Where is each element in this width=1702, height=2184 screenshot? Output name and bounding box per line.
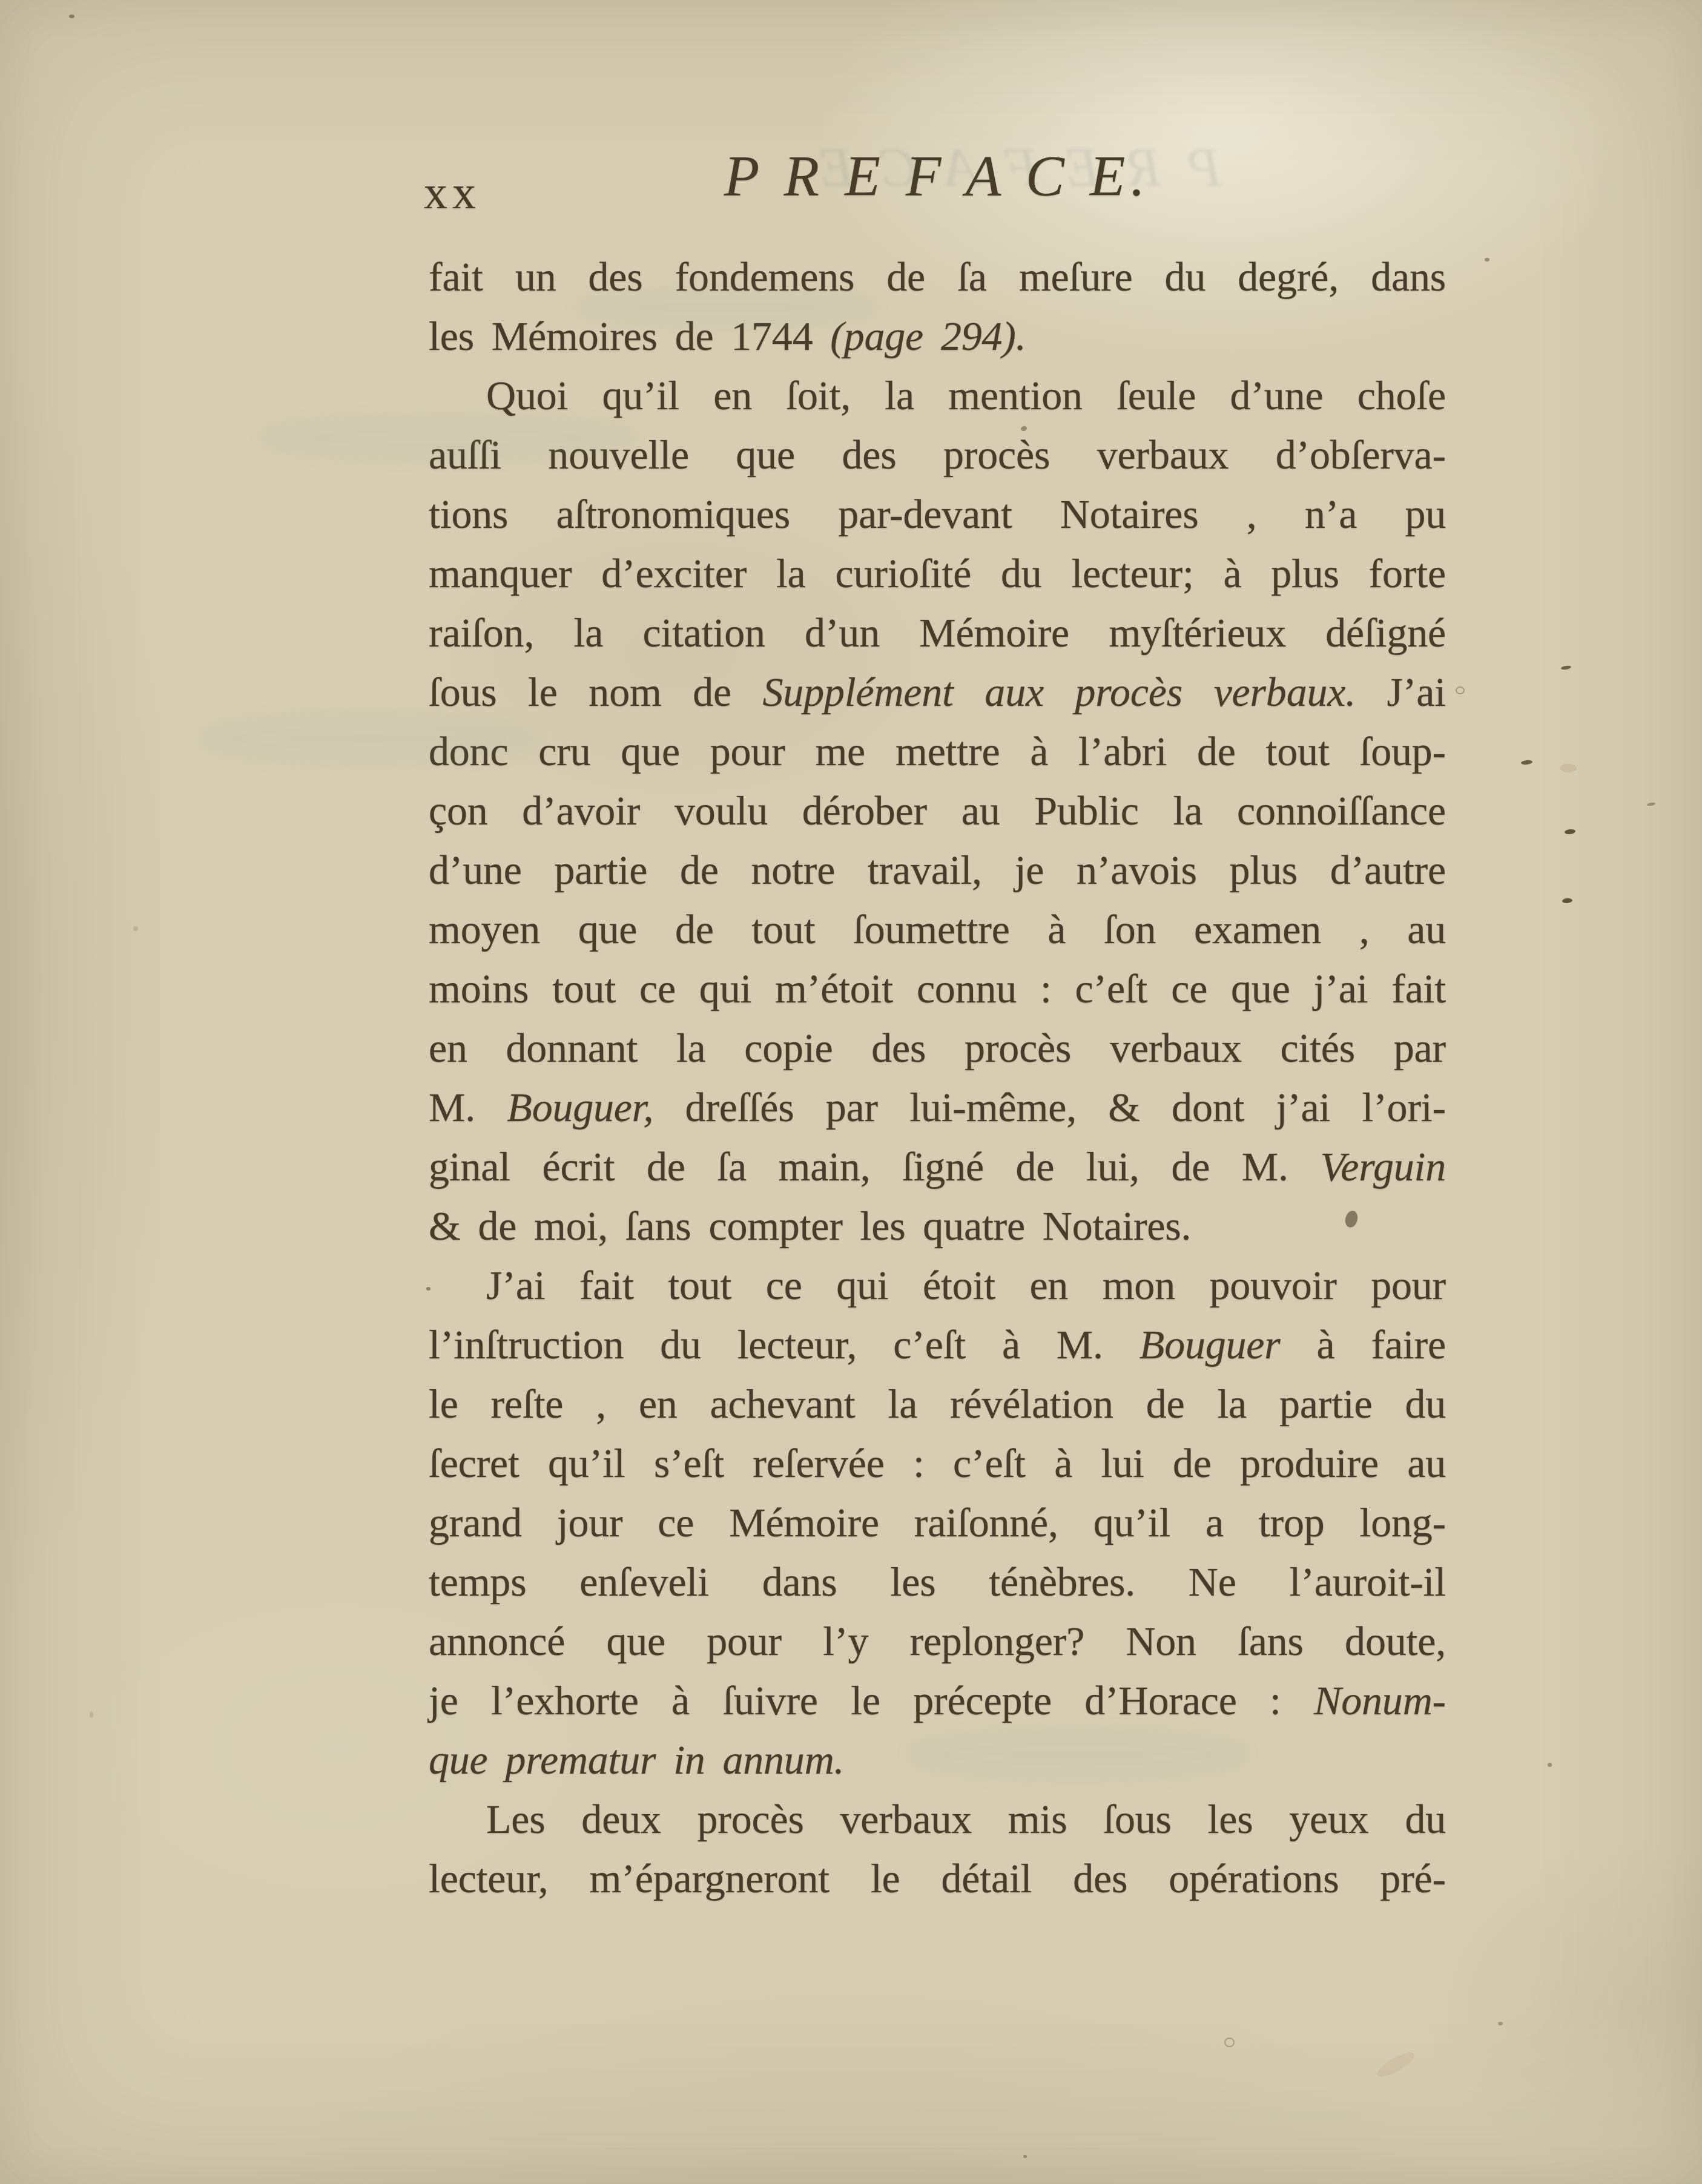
italic-text-segment: Supplément aux procès verbaux. <box>763 669 1356 715</box>
paper-stain <box>1560 764 1577 772</box>
italic-text-segment: Bouguer, <box>507 1084 653 1130</box>
text-line: temps enſeveli dans les ténèbres. Ne l’a… <box>429 1552 1446 1611</box>
text-line: moyen que de tout ſoumettre à ſon examen… <box>429 900 1446 959</box>
text-segment: annoncé que pour l’y replonger? Non ſans… <box>429 1618 1446 1664</box>
text-segment: manquer d’exciter la curioſité du lecteu… <box>429 550 1446 596</box>
text-segment: à faire <box>1281 1321 1446 1367</box>
text-segment: raiſon, la citation d’un Mémoire myſtéri… <box>429 610 1446 656</box>
text-line: lecteur, m’épargneront le détail des opé… <box>429 1849 1446 1908</box>
text-segment: çon d’avoir voulu dérober au Public la c… <box>429 788 1446 834</box>
text-segment: temps enſeveli dans les ténèbres. Ne l’a… <box>429 1559 1446 1605</box>
paper-stain <box>1548 1763 1552 1767</box>
text-segment: ſous le nom de <box>429 669 763 715</box>
text-line: ſecret qu’il s’eſt reſervée : c’eſt à lu… <box>429 1433 1446 1493</box>
text-segment: ſecret qu’il s’eſt reſervée : c’eſt à lu… <box>429 1440 1446 1486</box>
text-segment: donc cru que pour me mettre à l’abri de … <box>429 728 1446 774</box>
paper-stain <box>1456 686 1465 694</box>
text-segment: J’ai <box>1356 669 1446 715</box>
text-line: ſous le nom de Supplément aux procès ver… <box>429 662 1446 722</box>
paper-stain <box>1521 760 1533 765</box>
body-text: fait un des fondemens de ſa meſure du de… <box>429 247 1446 1908</box>
text-segment: l’inſtruction du lecteur, c’eſt à M. <box>429 1321 1140 1367</box>
paper-stain <box>1023 2155 1027 2158</box>
paper-stain <box>1374 2048 1417 2081</box>
text-segment: J’ai fait tout ce qui étoit en mon pouvo… <box>486 1262 1446 1308</box>
text-segment: dreſſés par lui-même, & dont j’ai l’ori- <box>653 1084 1446 1130</box>
text-line: Quoi qu’il en ſoit, la mention ſeule d’u… <box>429 366 1446 425</box>
text-line: M. Bouguer, dreſſés par lui-même, & dont… <box>429 1077 1446 1137</box>
paper-stain <box>133 926 138 931</box>
text-line: que prematur in annum. <box>429 1730 1446 1789</box>
text-line: le reſte , en achevant la révélation de … <box>429 1374 1446 1433</box>
text-line: d’une partie de notre travail, je n’avoi… <box>429 840 1446 900</box>
text-segment: grand jour ce Mémoire raiſonné, qu’il a … <box>429 1499 1446 1545</box>
paper-stain <box>1565 829 1576 835</box>
text-line: çon d’avoir voulu dérober au Public la c… <box>429 781 1446 840</box>
text-segment: les Mémoires de 1744 <box>429 313 830 359</box>
paper-stain <box>1562 898 1573 903</box>
italic-text-segment: que prematur in annum. <box>429 1737 844 1783</box>
text-line: raiſon, la citation d’un Mémoire myſtéri… <box>429 603 1446 662</box>
text-line: donc cru que pour me mettre à l’abri de … <box>429 722 1446 781</box>
paper-stain <box>1485 258 1489 261</box>
text-line: manquer d’exciter la curioſité du lecteu… <box>429 544 1446 603</box>
italic-text-segment: (page 294). <box>830 313 1026 359</box>
text-line: fait un des fondemens de ſa meſure du de… <box>429 247 1446 306</box>
text-segment: le reſte , en achevant la révélation de … <box>429 1381 1446 1427</box>
text-segment: d’une partie de notre travail, je n’avoi… <box>429 847 1446 893</box>
page-title: P R E F A C E. <box>429 143 1446 209</box>
text-segment: M. <box>429 1084 507 1130</box>
paper-stain <box>1647 802 1656 806</box>
text-line: je l’exhorte à ſuivre le précepte d’Hora… <box>429 1671 1446 1730</box>
text-segment: auſſi nouvelle que des procès verbaux d’… <box>429 432 1446 478</box>
paper-stain <box>1498 2022 1503 2025</box>
text-line: auſſi nouvelle que des procès verbaux d’… <box>429 425 1446 484</box>
text-segment: ginal écrit de ſa main, ſigné de lui, de… <box>429 1143 1320 1189</box>
text-segment: Quoi qu’il en ſoit, la mention ſeule d’u… <box>486 372 1446 418</box>
text-line: J’ai fait tout ce qui étoit en mon pouvo… <box>429 1255 1446 1315</box>
text-segment: moyen que de tout ſoumettre à ſon examen… <box>429 906 1446 952</box>
text-line: ginal écrit de ſa main, ſigné de lui, de… <box>429 1137 1446 1196</box>
text-segment: lecteur, m’épargneront le détail des opé… <box>429 1855 1446 1901</box>
paper-stain <box>1561 665 1572 670</box>
text-line: Les deux procès verbaux mis ſous les yeu… <box>429 1789 1446 1849</box>
paper-stain <box>69 15 74 18</box>
text-line: annoncé que pour l’y replonger? Non ſans… <box>429 1611 1446 1671</box>
text-line: moins tout ce qui m’étoit connu : c’eſt … <box>429 959 1446 1018</box>
text-segment: en donnant la copie des procès verbaux c… <box>429 1025 1446 1071</box>
text-segment: moins tout ce qui m’étoit connu : c’eſt … <box>429 965 1446 1011</box>
text-segment: & de moi, ſans compter les quatre Notair… <box>429 1203 1191 1249</box>
text-line: les Mémoires de 1744 (page 294). <box>429 306 1446 366</box>
italic-text-segment: Verguin <box>1320 1143 1446 1189</box>
text-line: & de moi, ſans compter les quatre Notair… <box>429 1196 1446 1255</box>
text-segment: tions aſtronomiques par-devant Notaires … <box>429 491 1446 537</box>
text-line: en donnant la copie des procès verbaux c… <box>429 1018 1446 1077</box>
paper-stain <box>90 1712 93 1718</box>
text-line: tions aſtronomiques par-devant Notaires … <box>429 484 1446 544</box>
scanned-book-page: P R E F A C E xx P R E F A C E. fait un … <box>0 0 1702 2184</box>
text-segment: Les deux procès verbaux mis ſous les yeu… <box>486 1796 1446 1842</box>
text-line: l’inſtruction du lecteur, c’eſt à M. Bou… <box>429 1315 1446 1374</box>
italic-text-segment: Nonum- <box>1314 1677 1446 1723</box>
text-segment: je l’exhorte à ſuivre le précepte d’Hora… <box>429 1677 1314 1723</box>
text-line: grand jour ce Mémoire raiſonné, qu’il a … <box>429 1493 1446 1552</box>
paper-stain <box>1224 2038 1235 2047</box>
text-segment: fait un des fondemens de ſa meſure du de… <box>429 254 1446 300</box>
italic-text-segment: Bouguer <box>1140 1321 1281 1367</box>
